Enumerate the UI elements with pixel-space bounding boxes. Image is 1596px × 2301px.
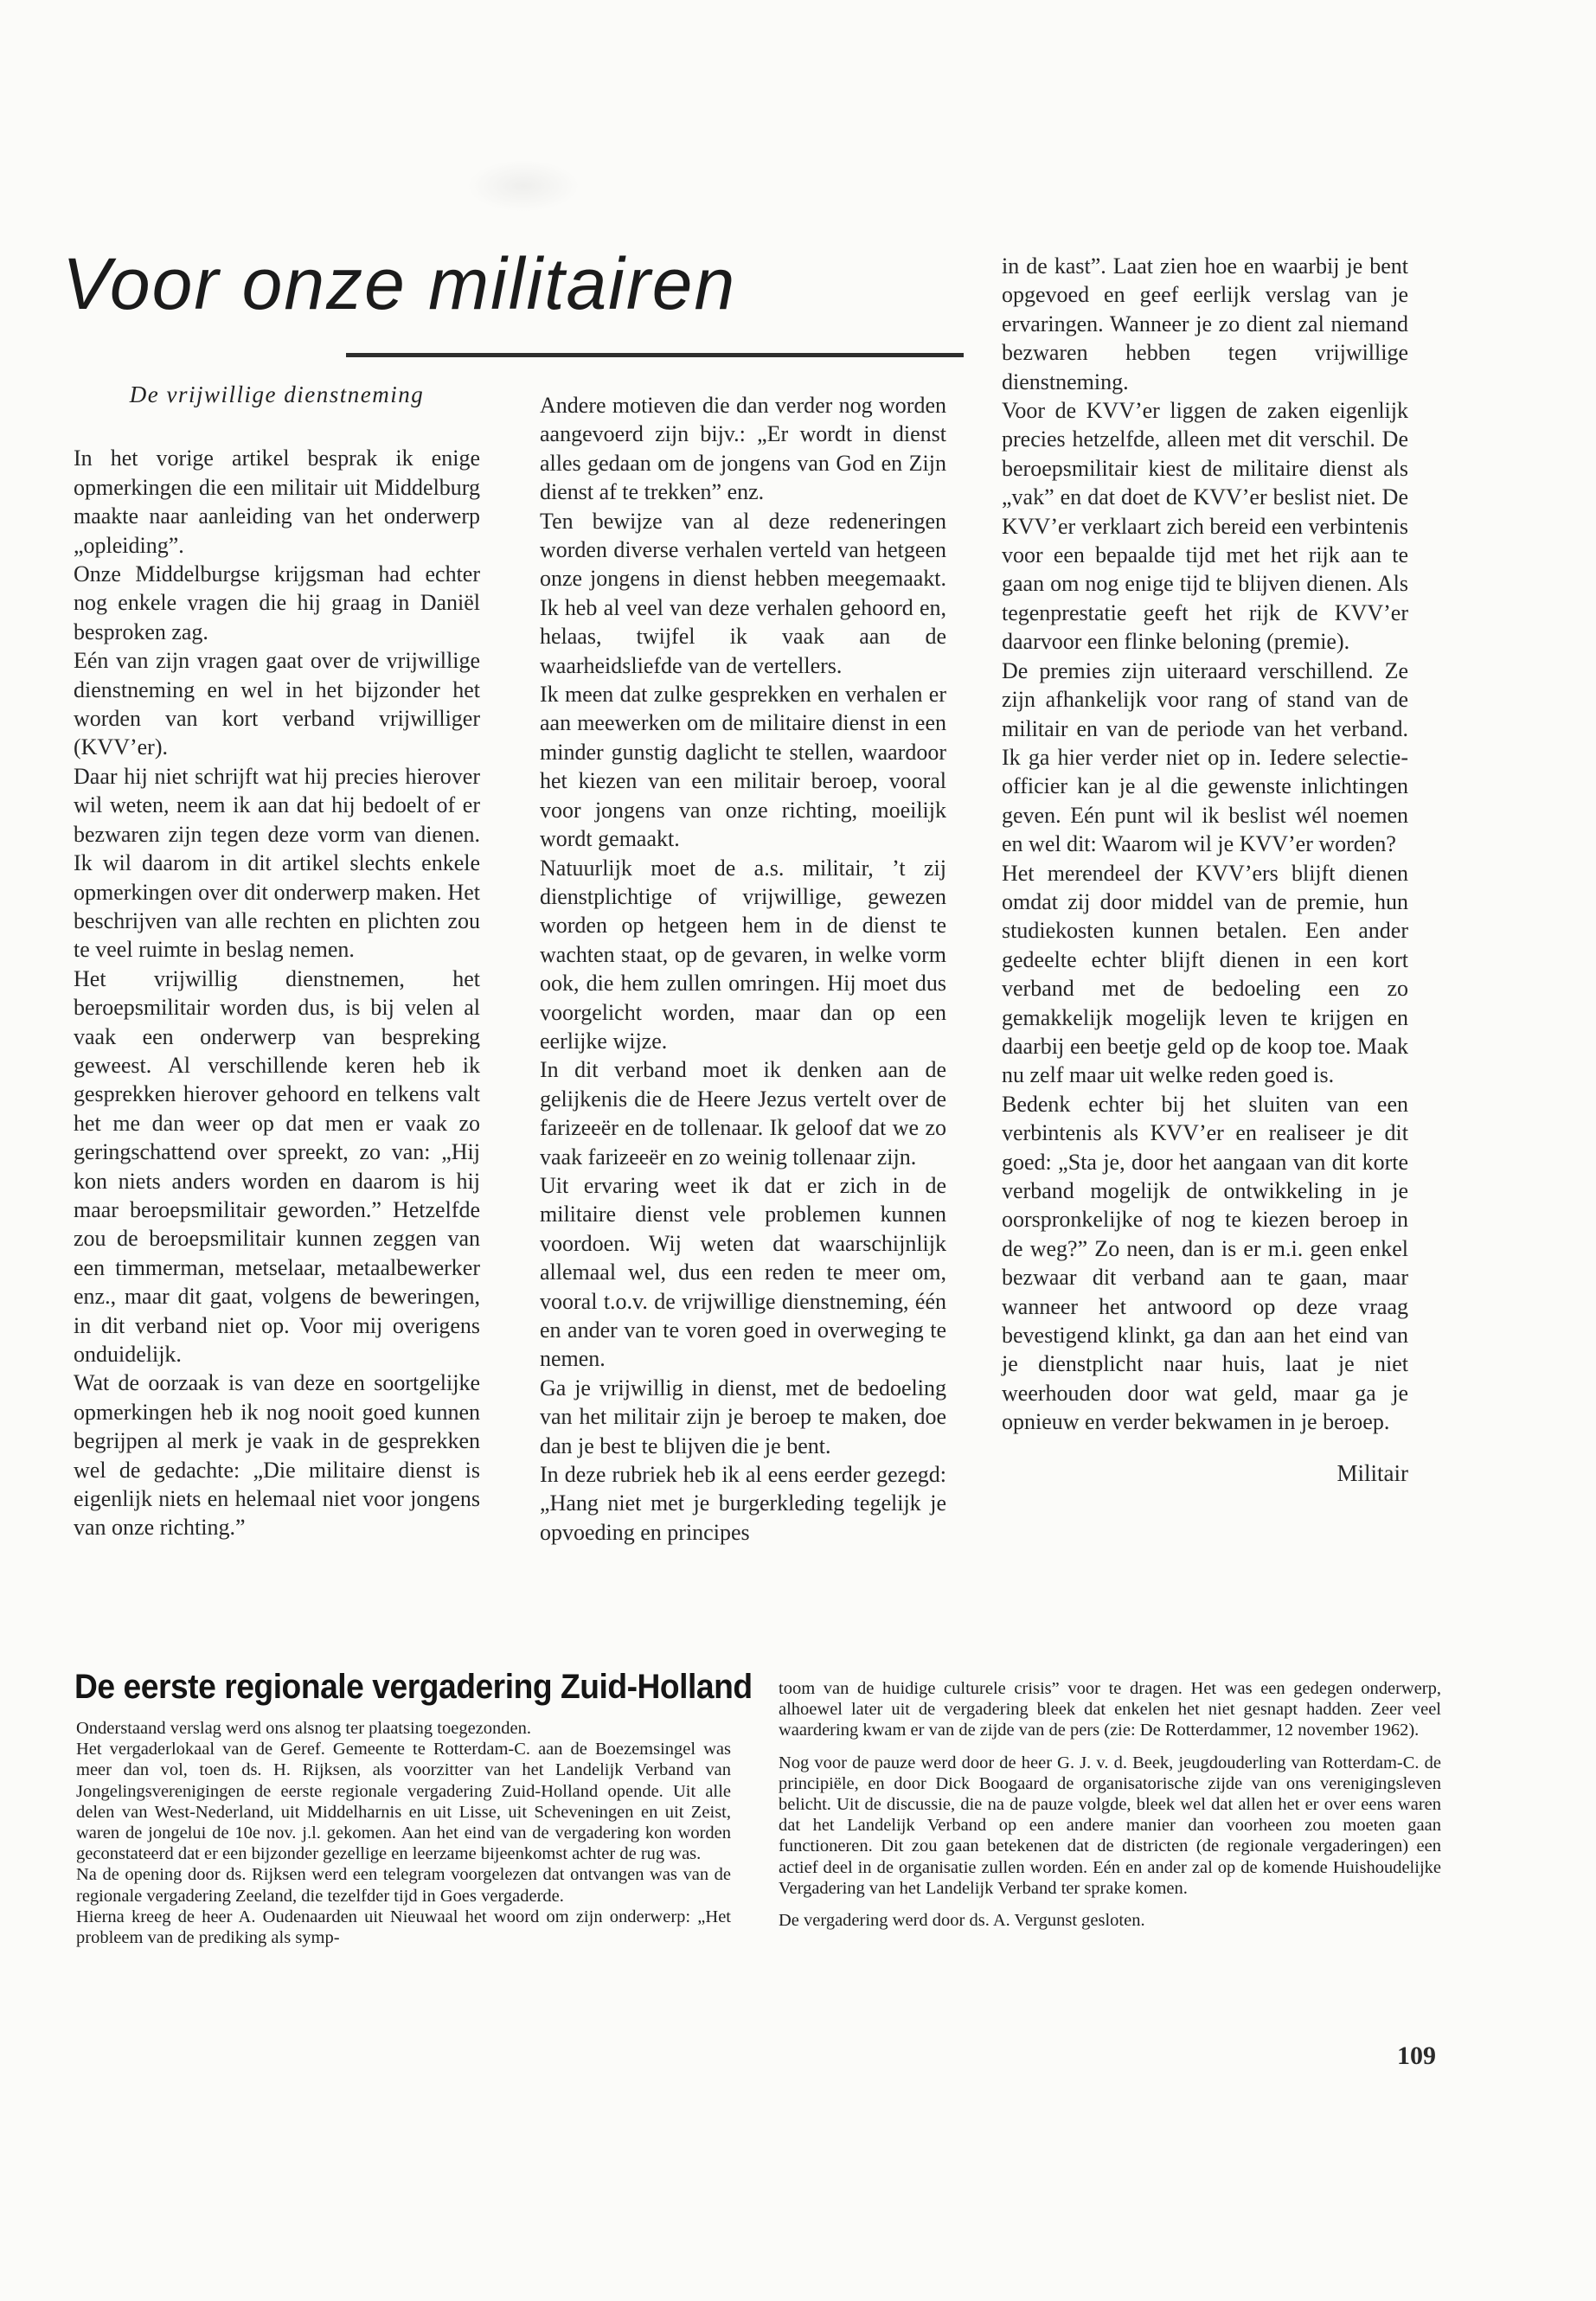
article-paragraph: Ten bewijze van al deze redeneringen wor… <box>540 507 946 680</box>
report-column-1: Onderstaand verslag werd ons alsnog ter … <box>76 1718 731 1948</box>
article-paragraph: Ik meen dat zulke gesprekken en verhalen… <box>540 680 946 853</box>
article-paragraph: Bedenk echter bij het sluiten van een ve… <box>1002 1090 1408 1437</box>
report-heading: De eerste regionale vergadering Zuid-Hol… <box>74 1668 753 1706</box>
report-paragraph: De vergadering werd door ds. A. Vergunst… <box>779 1910 1441 1931</box>
article-paragraph: Voor de KVV’er liggen de zaken eigenlijk… <box>1002 396 1408 657</box>
scanned-magazine-page: Voor onze militairen De vrijwillige dien… <box>0 0 1596 2301</box>
article-signature: Militair <box>1002 1459 1408 1488</box>
article-paragraph: Eén van zijn vragen gaat over de vrijwil… <box>74 646 480 762</box>
article-paragraph: Onze Middelburgse krijgsman had echter n… <box>74 560 480 646</box>
article-paragraph: Wat de oorzaak is van deze en soortgelij… <box>74 1368 480 1541</box>
article-paragraph: Natuurlijk moet de a.s. militair, ’t zij… <box>540 854 946 1056</box>
title-underline-rule <box>346 353 964 357</box>
report-paragraph: Na de opening door ds. Rijksen werd een … <box>76 1864 731 1906</box>
report-paragraph: Hierna kreeg de heer A. Oudenaarden uit … <box>76 1907 731 1948</box>
article-column-3: in de kast”. Laat zien hoe en waarbij je… <box>1002 252 1408 1488</box>
article-paragraph: in de kast”. Laat zien hoe en waarbij je… <box>1002 252 1408 396</box>
article-paragraph: Ga je vrijwillig in dienst, met de bedoe… <box>540 1374 946 1460</box>
scan-smudge-artifact <box>467 160 580 212</box>
page-number: 109 <box>1349 2041 1436 2071</box>
article-column-2: Andere motieven die dan verder nog worde… <box>540 391 946 1547</box>
report-paragraph: Onderstaand verslag werd ons alsnog ter … <box>76 1718 731 1739</box>
article-paragraph: In deze rubriek heb ik al eens eerder ge… <box>540 1460 946 1547</box>
article-paragraph: Het merendeel der KVV’ers blijft dienen … <box>1002 859 1408 1090</box>
article-paragraph: In het vorige artikel besprak ik enige o… <box>74 444 480 560</box>
article-paragraph: Daar hij niet schrijft wat hij precies h… <box>74 762 480 965</box>
article-paragraph: Uit ervaring weet ik dat er zich in de m… <box>540 1171 946 1374</box>
report-paragraph: Nog voor de pauze werd door de heer G. J… <box>779 1753 1441 1899</box>
article-paragraph: In dit verband moet ik denken aan de gel… <box>540 1055 946 1171</box>
article-subtitle: De vrijwillige dienstneming <box>74 381 480 409</box>
article-paragraph: De premies zijn uiteraard verschillend. … <box>1002 657 1408 859</box>
article-title: Voor onze militairen <box>62 247 736 320</box>
article-paragraph: Het vrijwillig dienstnemen, het beroepsm… <box>74 965 480 1369</box>
report-column-2: toom van de huidige culturele crisis” vo… <box>779 1678 1441 1931</box>
article-column-1: De vrijwillige dienstneming In het vorig… <box>74 381 480 1542</box>
report-paragraph: toom van de huidige culturele crisis” vo… <box>779 1678 1441 1741</box>
article-paragraph: Andere motieven die dan verder nog worde… <box>540 391 946 507</box>
report-paragraph: Het vergaderlokaal van de Geref. Gemeent… <box>76 1739 731 1864</box>
